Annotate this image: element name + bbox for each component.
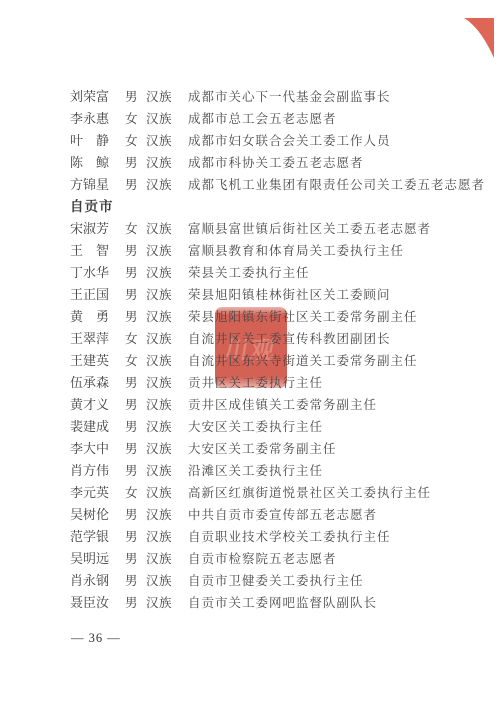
person-name: 叶 静 (70, 130, 109, 152)
person-gender: 男 (125, 152, 138, 174)
person-name: 王正国 (70, 284, 109, 306)
document-page: 川观 刘荣富 男 汉族 成都市关心下一代基金会副监事长 李永惠 女 汉族 成都市… (0, 0, 500, 707)
person-ethnicity: 汉族 (146, 284, 172, 306)
person-gender: 女 (125, 130, 138, 152)
person-title: 成都市关心下一代基金会副监事长 (188, 86, 391, 108)
person-row: 方锦星 男 汉族 成都飞机工业集团有限责任公司关工委五老志愿者 (70, 174, 490, 196)
person-title: 成都市总工会五老志愿者 (188, 108, 337, 130)
person-name: 伍承森 (70, 372, 109, 394)
person-title: 自流井区东兴寺街道关工委常务副主任 (188, 350, 418, 372)
person-title: 自贡市卫健委关工委执行主任 (188, 570, 364, 592)
person-ethnicity: 汉族 (146, 306, 172, 328)
person-title: 成都市科协关工委五老志愿者 (188, 152, 364, 174)
person-name: 李元英 (70, 482, 109, 504)
person-row: 王建英 女 汉族 自流井区东兴寺街道关工委常务副主任 (70, 350, 490, 372)
person-ethnicity: 汉族 (146, 592, 172, 614)
person-ethnicity: 汉族 (146, 504, 172, 526)
person-row: 叶 静 女 汉族 成都市妇女联合会关工委工作人员 (70, 130, 490, 152)
person-ethnicity: 汉族 (146, 218, 172, 240)
person-ethnicity: 汉族 (146, 394, 172, 416)
person-gender: 男 (125, 592, 138, 614)
person-row: 范学银 男 汉族 自贡职业技术学校关工委执行主任 (70, 526, 490, 548)
person-name: 王翠萍 (70, 328, 109, 350)
person-row: 李永惠 女 汉族 成都市总工会五老志愿者 (70, 108, 490, 130)
person-row: 肖永钢 男 汉族 自贡市卫健委关工委执行主任 (70, 570, 490, 592)
person-ethnicity: 汉族 (146, 86, 172, 108)
person-ethnicity: 汉族 (146, 570, 172, 592)
person-name: 王建英 (70, 350, 109, 372)
person-ethnicity: 汉族 (146, 152, 172, 174)
person-ethnicity: 汉族 (146, 174, 172, 196)
person-gender: 男 (125, 548, 138, 570)
person-title: 荣县旭阳镇东街社区关工委常务副主任 (188, 306, 418, 328)
person-gender: 男 (125, 372, 138, 394)
person-title: 自流井区关工委宣传科教团副团长 (188, 328, 391, 350)
person-title: 沿滩区关工委执行主任 (188, 460, 323, 482)
person-row: 李元英 女 汉族 高新区红旗街道悦景社区关工委执行主任 (70, 482, 490, 504)
person-name: 李永惠 (70, 108, 109, 130)
person-title: 荣县关工委执行主任 (188, 262, 310, 284)
person-name: 王 智 (70, 240, 109, 262)
person-row: 聂臣汝 男 汉族 自贡市关工委网吧监督队副队长 (70, 592, 490, 614)
person-gender: 男 (125, 86, 138, 108)
person-row: 丁水华 男 汉族 荣县关工委执行主任 (70, 262, 490, 284)
person-title: 自贡市关工委网吧监督队副队长 (188, 592, 377, 614)
person-name: 吴明远 (70, 548, 109, 570)
person-name: 裴建成 (70, 416, 109, 438)
person-gender: 女 (125, 328, 138, 350)
person-title: 贡井区成佳镇关工委常务副主任 (188, 394, 377, 416)
person-ethnicity: 汉族 (146, 416, 172, 438)
person-gender: 男 (125, 394, 138, 416)
person-name: 刘荣富 (70, 86, 109, 108)
page-number: — 36 — (71, 631, 121, 646)
person-row: 伍承森 男 汉族 贡井区关工委执行主任 (70, 372, 490, 394)
person-title: 贡井区关工委执行主任 (188, 372, 323, 394)
person-title: 自贡市检察院五老志愿者 (188, 548, 337, 570)
corner-mark-icon (446, 14, 496, 62)
person-gender: 男 (125, 416, 138, 438)
person-name: 范学银 (70, 526, 109, 548)
person-ethnicity: 汉族 (146, 548, 172, 570)
person-gender: 男 (125, 284, 138, 306)
person-row: 王正国 男 汉族 荣县旭阳镇桂林街社区关工委顾问 (70, 284, 490, 306)
person-ethnicity: 汉族 (146, 240, 172, 262)
person-title: 自贡职业技术学校关工委执行主任 (188, 526, 391, 548)
person-title: 荣县旭阳镇桂林街社区关工委顾问 (188, 284, 391, 306)
person-row: 黄 勇 男 汉族 荣县旭阳镇东街社区关工委常务副主任 (70, 306, 490, 328)
person-row: 吴树伦 男 汉族 中共自贡市委宣传部五老志愿者 (70, 504, 490, 526)
person-gender: 男 (125, 460, 138, 482)
person-gender: 男 (125, 504, 138, 526)
person-row: 吴明远 男 汉族 自贡市检察院五老志愿者 (70, 548, 490, 570)
person-gender: 男 (125, 174, 138, 196)
person-name: 方锦星 (70, 174, 109, 196)
person-name: 肖永钢 (70, 570, 109, 592)
person-row: 黄才义 男 汉族 贡井区成佳镇关工委常务副主任 (70, 394, 490, 416)
person-title: 富顺县富世镇后街社区关工委五老志愿者 (188, 218, 431, 240)
person-gender: 女 (125, 218, 138, 240)
person-row: 王 智 男 汉族 富顺县教育和体育局关工委执行主任 (70, 240, 490, 262)
person-name: 黄 勇 (70, 306, 109, 328)
person-ethnicity: 汉族 (146, 328, 172, 350)
person-name: 丁水华 (70, 262, 109, 284)
person-gender: 女 (125, 108, 138, 130)
person-name: 吴树伦 (70, 504, 109, 526)
person-title: 中共自贡市委宣传部五老志愿者 (188, 504, 377, 526)
city-heading-text: 自贡市 (70, 199, 114, 214)
person-gender: 女 (125, 350, 138, 372)
person-title: 富顺县教育和体育局关工委执行主任 (188, 240, 404, 262)
person-ethnicity: 汉族 (146, 262, 172, 284)
person-ethnicity: 汉族 (146, 526, 172, 548)
city-heading: 自贡市 (70, 196, 490, 218)
person-row: 陈 鲸 男 汉族 成都市科协关工委五老志愿者 (70, 152, 490, 174)
person-gender: 男 (125, 306, 138, 328)
person-name: 李大中 (70, 438, 109, 460)
person-name: 宋淑芳 (70, 218, 109, 240)
person-ethnicity: 汉族 (146, 482, 172, 504)
person-gender: 男 (125, 240, 138, 262)
person-name: 陈 鲸 (70, 152, 109, 174)
person-name: 肖方伟 (70, 460, 109, 482)
person-title: 成都市妇女联合会关工委工作人员 (188, 130, 391, 152)
person-row: 刘荣富 男 汉族 成都市关心下一代基金会副监事长 (70, 86, 490, 108)
person-ethnicity: 汉族 (146, 350, 172, 372)
person-row: 李大中 男 汉族 大安区关工委常务副主任 (70, 438, 490, 460)
person-name: 黄才义 (70, 394, 109, 416)
person-gender: 男 (125, 526, 138, 548)
person-gender: 男 (125, 570, 138, 592)
person-name: 聂臣汝 (70, 592, 109, 614)
person-row: 肖方伟 男 汉族 沿滩区关工委执行主任 (70, 460, 490, 482)
person-ethnicity: 汉族 (146, 130, 172, 152)
person-row: 裴建成 男 汉族 大安区关工委执行主任 (70, 416, 490, 438)
person-gender: 男 (125, 438, 138, 460)
person-ethnicity: 汉族 (146, 372, 172, 394)
person-row: 宋淑芳 女 汉族 富顺县富世镇后街社区关工委五老志愿者 (70, 218, 490, 240)
name-list: 刘荣富 男 汉族 成都市关心下一代基金会副监事长 李永惠 女 汉族 成都市总工会… (70, 86, 490, 614)
person-title: 大安区关工委常务副主任 (188, 438, 337, 460)
person-ethnicity: 汉族 (146, 460, 172, 482)
person-ethnicity: 汉族 (146, 438, 172, 460)
person-title: 高新区红旗街道悦景社区关工委执行主任 (188, 482, 431, 504)
person-gender: 男 (125, 262, 138, 284)
person-ethnicity: 汉族 (146, 108, 172, 130)
person-row: 王翠萍 女 汉族 自流井区关工委宣传科教团副团长 (70, 328, 490, 350)
person-title: 大安区关工委执行主任 (188, 416, 323, 438)
person-title: 成都飞机工业集团有限责任公司关工委五老志愿者 (188, 174, 485, 196)
person-gender: 女 (125, 482, 138, 504)
